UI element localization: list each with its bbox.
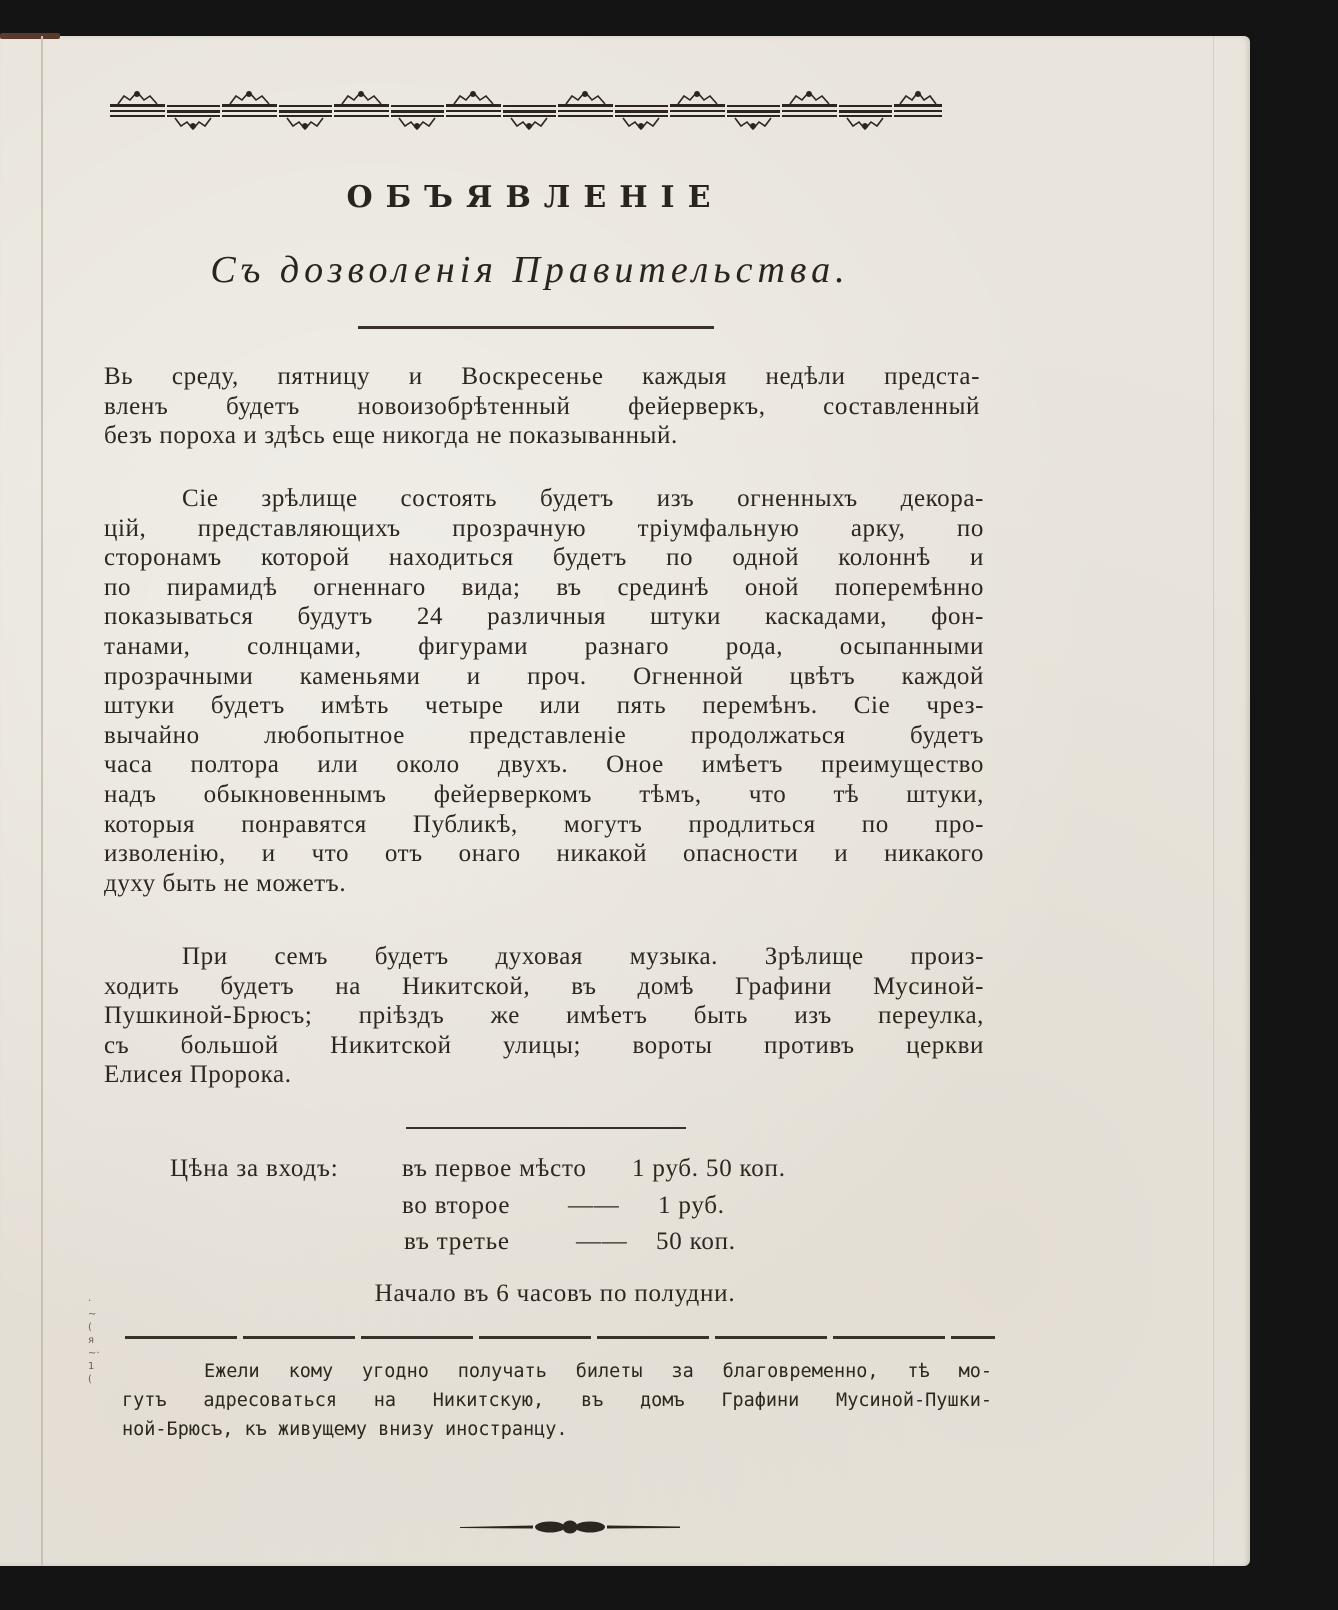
text-line: штуки будетъ имѣть четыре или пять перем…: [104, 691, 984, 721]
margin-mark: 1: [88, 1360, 100, 1373]
text-line: Вь среду, пятницу и Воскресенье каждыя н…: [104, 362, 980, 392]
paragraph-announcement: Вь среду, пятницу и Воскресенье каждыя н…: [104, 362, 980, 451]
page-fold-line: [1213, 36, 1214, 1566]
text-line: Елисея Пророка.: [104, 1060, 984, 1090]
text-line: вычайно любопытное представленіе продолж…: [104, 721, 984, 751]
price-label: Цѣна за входъ:: [170, 1155, 339, 1183]
margin-mark: (: [88, 1373, 100, 1386]
text-line: надъ обыкновеннымъ фейерверкомъ тѣмъ, чт…: [104, 780, 984, 810]
text-line: ной-Брюсъ, къ живущему внизу иностранцу.: [122, 1415, 992, 1444]
footnote: Ежели кому угодно получать билеты за бла…: [122, 1357, 992, 1444]
text-line: гутъ адресоваться на Никитскую, въ домъ …: [122, 1386, 992, 1415]
text-line: духу быть не можетъ.: [104, 869, 984, 899]
text-line: цій, представляющихъ прозрачную тріумфал…: [104, 514, 984, 544]
start-time: Начало въ 6 часовъ по полудни.: [0, 1280, 1110, 1308]
margin-mark: я: [88, 1334, 100, 1347]
text-line: Пушкиной-Брюсъ; пріѣздъ же имѣетъ быть и…: [104, 1001, 984, 1031]
text-line: по пирамидѣ огненнаго вида; въ срединѣ о…: [104, 573, 984, 603]
document-title: ОБЪЯВЛЕНІЕ: [0, 180, 1070, 215]
price-place: въ третье: [404, 1228, 510, 1256]
text-line: сторонамъ которой находиться будетъ по о…: [104, 543, 984, 573]
divider-rule: [358, 326, 714, 329]
text-line: ходить будетъ на Никитской, въ домѣ Граф…: [104, 972, 984, 1002]
price-place: въ первое мѣсто: [402, 1155, 587, 1183]
binding-edge: [0, 33, 60, 39]
price-amount: 50 коп.: [656, 1228, 736, 1256]
text-line: показываться будутъ 24 различныя штуки к…: [104, 602, 984, 632]
margin-mark: ~·: [88, 1347, 100, 1360]
text-line: безъ пороха и здѣсь еще никогда не показ…: [104, 421, 980, 451]
decorative-border-icon: [110, 88, 942, 130]
margin-marks: · ~( я ~· 1 (: [88, 1295, 100, 1386]
document-subtitle: Съ дозволенія Правительства.: [0, 248, 1060, 292]
paragraph-description: Сіе зрѣлище состоять будетъ изъ огненных…: [104, 484, 984, 898]
margin-mark: ·: [88, 1295, 100, 1308]
text-line: вленъ будетъ новоизобрѣтенный фейерверкъ…: [104, 392, 980, 422]
divider-rule: [125, 1336, 995, 1339]
price-amount: 1 руб. 50 коп.: [632, 1155, 786, 1183]
text-line: съ большой Никитской улицы; вороты проти…: [104, 1031, 984, 1061]
text-line: изволенію, и что отъ онаго никакой опасн…: [104, 839, 984, 869]
text-line: Сіе зрѣлище состоять будетъ изъ огненных…: [104, 484, 984, 514]
margin-mark: ~(: [88, 1308, 100, 1334]
text-line: часа полтора или около двухъ. Оное имѣет…: [104, 750, 984, 780]
text-line: прозрачными каменьями и проч. Огненной ц…: [104, 662, 984, 692]
text-line: которыя понравятся Публикѣ, могутъ продл…: [104, 810, 984, 840]
price-dash: ——: [568, 1192, 620, 1220]
price-dash: ——: [576, 1228, 628, 1256]
paragraph-location: При семъ будетъ духовая музыка. Зрѣлище …: [104, 942, 984, 1090]
divider-rule: [406, 1127, 686, 1129]
text-line: При семъ будетъ духовая музыка. Зрѣлище …: [104, 942, 984, 972]
price-place: во второе: [402, 1192, 510, 1220]
text-line: танами, солнцами, фигурами разнаго рода,…: [104, 632, 984, 662]
price-amount: 1 руб.: [658, 1192, 725, 1220]
text-line: Ежели кому угодно получать билеты за бла…: [122, 1357, 992, 1386]
tailpiece-ornament-icon: [458, 1520, 682, 1534]
